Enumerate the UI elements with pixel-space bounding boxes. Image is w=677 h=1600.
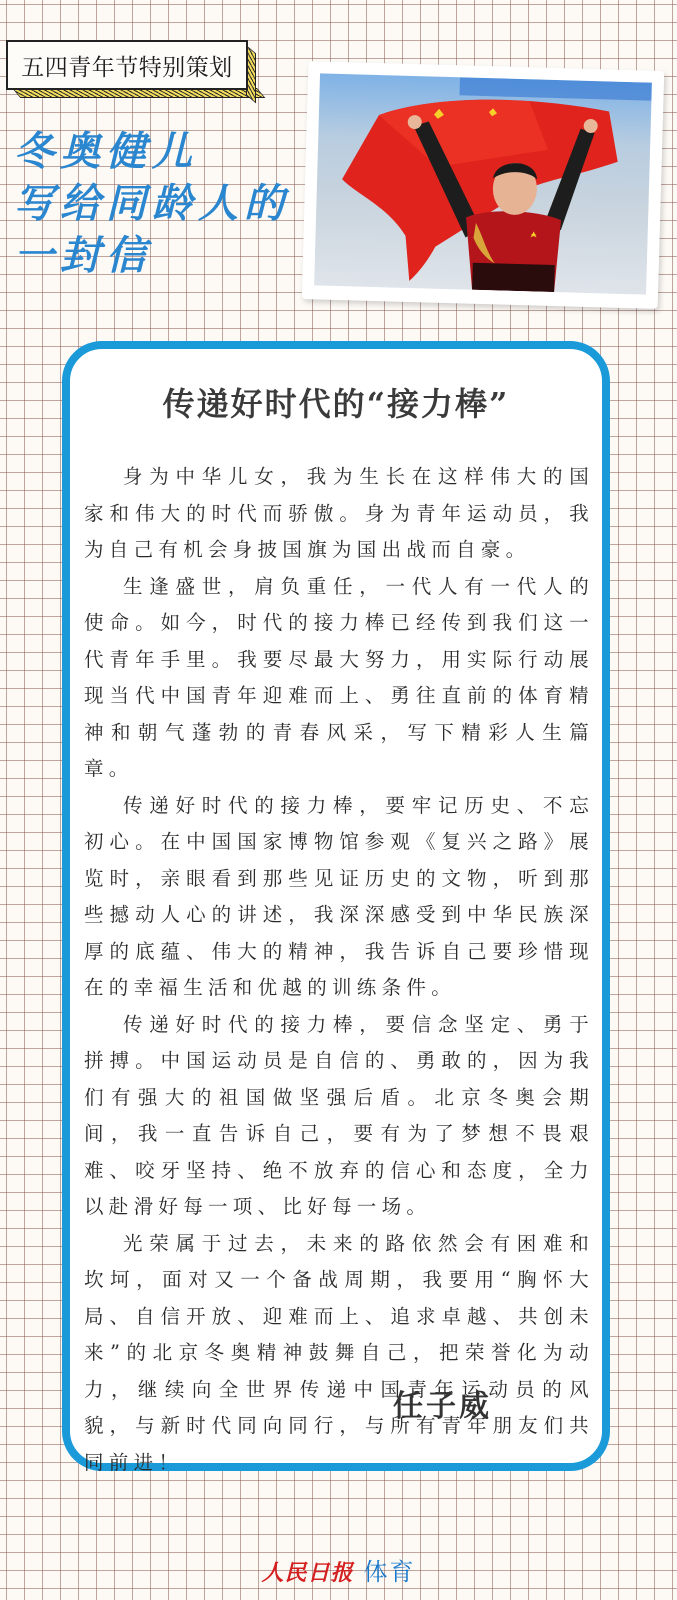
letter-paragraph: 光荣属于过去，未来的路依然会有困难和坎坷，面对又一个备战周期，我要用“胸怀大局、… (84, 1226, 594, 1482)
letter-paragraph: 传递好时代的接力棒，要信念坚定、勇于拼搏。中国运动员是自信的、勇敢的，因为我们有… (84, 1007, 594, 1226)
tag-box: 五四青年节特别策划 (6, 40, 248, 90)
letter-paragraph: 身为中华儿女，我为生长在这样伟大的国家和伟大的时代而骄傲。身为青年运动员，我为自… (84, 459, 594, 569)
section-label: 体育 (364, 1552, 416, 1587)
signature: 任子威 (393, 1381, 492, 1425)
title-line-2: 写给同龄人的 (14, 178, 290, 230)
handwritten-title: 冬奥健儿 写给同龄人的 一封信 (14, 126, 290, 282)
letter-title: 传递好时代的“接力棒” (70, 379, 602, 425)
title-line-1: 冬奥健儿 (14, 126, 290, 178)
title-line-3: 一封信 (14, 230, 290, 282)
brand-logo-text: 人民日报 (261, 1556, 353, 1587)
letter-body: 身为中华儿女，我为生长在这样伟大的国家和伟大的时代而骄傲。身为青年运动员，我为自… (84, 459, 594, 1481)
athlete-photo (314, 73, 652, 294)
letter-paragraph: 生逢盛世，肩负重任，一代人有一代人的使命。如今，时代的接力棒已经传到我们这一代青… (84, 569, 594, 788)
letter-paragraph: 传递好时代的接力棒，要牢记历史、不忘初心。在中国国家博物馆参观《复兴之路》展览时… (84, 788, 594, 1007)
letter-card: 传递好时代的“接力棒” 身为中华儿女，我为生长在这样伟大的国家和伟大的时代而骄傲… (62, 341, 610, 1471)
tag-label: 五四青年节特别策划 (21, 49, 233, 82)
athlete-with-flag-image (314, 73, 652, 294)
photo-frame (302, 61, 665, 309)
feature-tag: 五四青年节特别策划 (6, 40, 258, 100)
footer-logo: 人民日报 体育 (0, 1552, 677, 1587)
